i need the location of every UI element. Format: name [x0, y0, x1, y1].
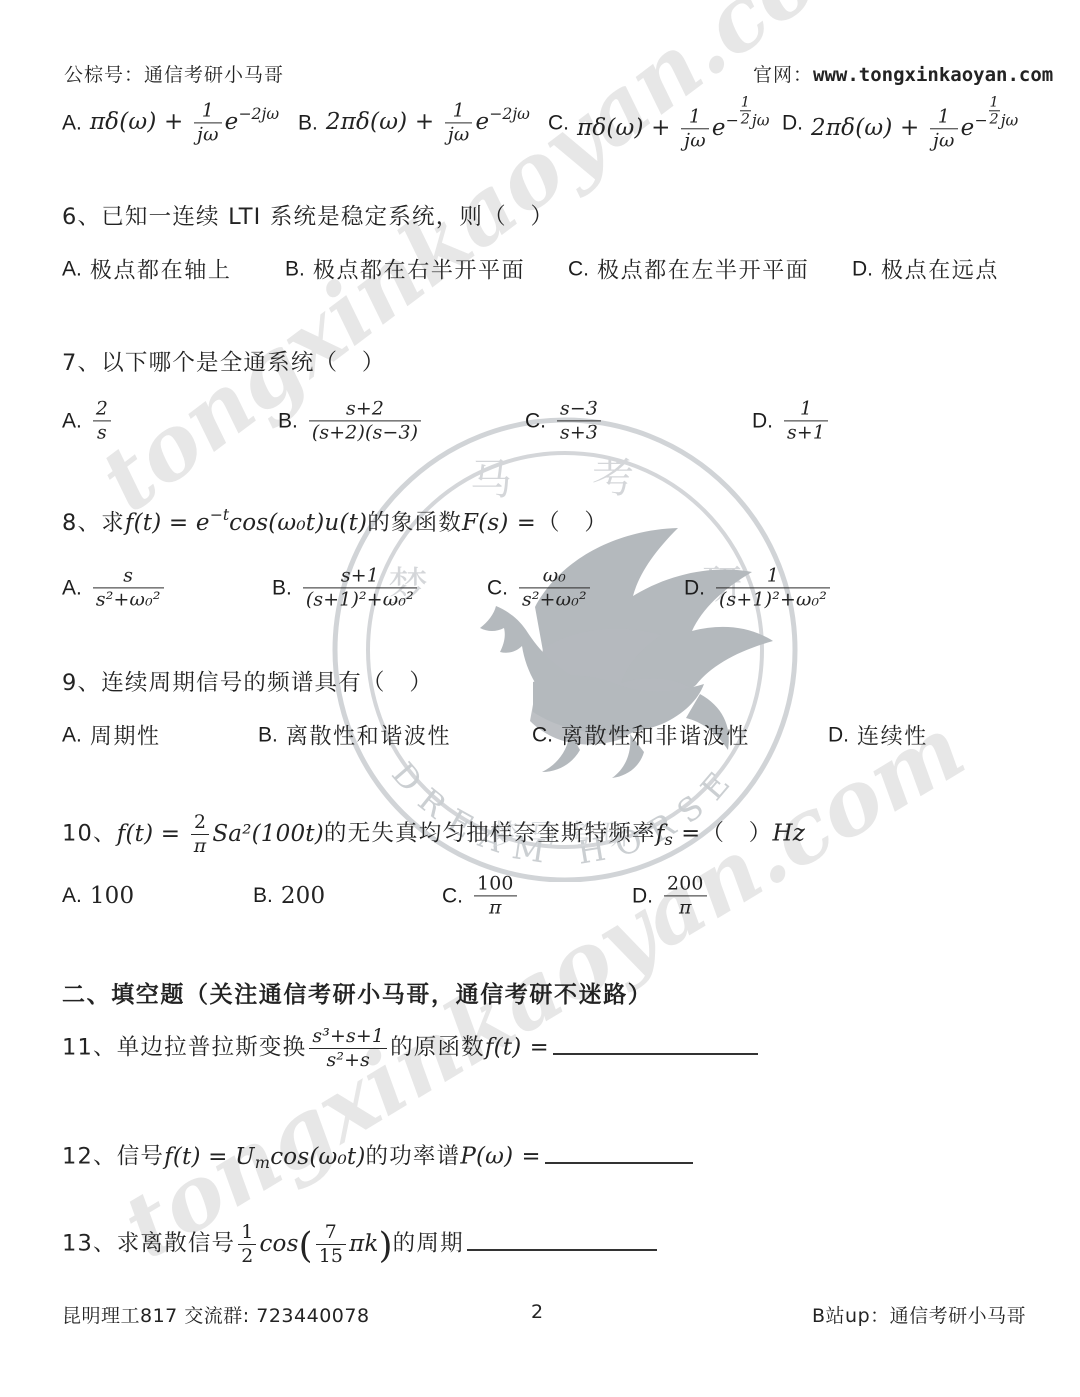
- option-label: B.: [253, 884, 273, 908]
- question-10-options: A.100 B.200 C.100π D.200π: [0, 866, 1080, 926]
- question-9-stem: 9、连续周期信号的频谱具有（ ）: [62, 669, 433, 698]
- q7-option-b: B.s+2(s+2)(s−3): [278, 398, 424, 443]
- option-text: 周期性: [90, 720, 161, 751]
- option-formula: πδ(ω) + 1jωe−12jω: [577, 94, 769, 151]
- question-7-stem: 7、以下哪个是全通系统（ ）: [62, 349, 386, 378]
- option-text: 极点都在左半开平面: [597, 254, 809, 285]
- option-text: 极点都在轴上: [90, 254, 232, 285]
- website-label: 官网：: [753, 64, 813, 86]
- q7-option-d: D.1s+1: [752, 398, 831, 443]
- q6-option-c: C.极点都在左半开平面: [568, 254, 809, 285]
- question-8-stem: 8、求f(t) = e−tcos(ω₀t)u(t)的象函数F(s) =（ ）: [62, 505, 608, 539]
- option-label: A.: [62, 409, 82, 433]
- q9-option-d: D.连续性: [828, 720, 928, 751]
- section-2-title: 二、填空题（关注通信考研小马哥，通信考研不迷路）: [62, 976, 652, 1009]
- option-text: 连续性: [857, 720, 928, 751]
- option-formula: s−3s+3: [554, 398, 604, 443]
- option-label: D.: [828, 723, 849, 747]
- option-text: 离散性和谐波性: [286, 720, 451, 751]
- footer-bilibili-info: B站up：通信考研小马哥: [812, 1301, 1026, 1328]
- q6-option-b: B.极点都在右半开平面: [285, 254, 525, 285]
- option-text: 极点在远点: [881, 254, 999, 285]
- option-formula: s+2(s+2)(s−3): [306, 398, 424, 443]
- option-label: B.: [298, 111, 318, 135]
- q10-option-b: B.200: [253, 883, 325, 909]
- option-formula: s+1(s+1)²+ω₀²: [300, 565, 420, 610]
- option-formula: 1(s+1)²+ω₀²: [713, 565, 833, 610]
- option-label: D.: [852, 257, 873, 281]
- option-label: A.: [62, 257, 82, 281]
- q7-option-a: A.2s: [62, 398, 114, 443]
- option-text: 极点都在右半开平面: [313, 254, 525, 285]
- question-12: 12、信号f(t) = Umcos(ω₀t)的功率谱P(ω) =: [62, 1139, 693, 1173]
- q5-option-d: D.2πδ(ω) + 1jωe−12jω: [782, 94, 1018, 151]
- option-label: B.: [258, 723, 278, 747]
- option-formula: 2s: [90, 398, 114, 443]
- q5-option-c: C.πδ(ω) + 1jωe−12jω: [548, 94, 769, 151]
- q9-option-b: B.离散性和谐波性: [258, 720, 451, 751]
- option-formula: 2πδ(ω) + 1jωe−2jω: [326, 100, 530, 145]
- q5-option-a: A.πδ(ω) + 1jωe−2jω: [62, 100, 279, 145]
- option-label: D.: [752, 409, 773, 433]
- option-label: C.: [568, 257, 589, 281]
- option-formula: 200: [281, 883, 326, 909]
- question-6-stem: 6、已知一连续 LTI 系统是稳定系统，则（ ）: [62, 203, 554, 232]
- question-13: 13、求离散信号12cos(715πk)的周期: [62, 1222, 657, 1269]
- q6-option-d: D.极点在远点: [852, 254, 999, 285]
- option-formula: 1s+1: [781, 398, 831, 443]
- option-label: C.: [487, 576, 508, 600]
- q8-option-a: A.ss²+ω₀²: [62, 565, 167, 610]
- option-formula: 200π: [661, 873, 710, 918]
- option-label: B.: [285, 257, 305, 281]
- q9-option-a: A.周期性: [62, 720, 161, 751]
- option-label: C.: [525, 409, 546, 433]
- option-label: D.: [782, 111, 803, 135]
- option-label: A.: [62, 576, 82, 600]
- option-formula: ω₀s²+ω₀²: [516, 565, 593, 610]
- option-formula: πδ(ω) + 1jωe−2jω: [90, 100, 279, 145]
- page-number: 2: [531, 1301, 544, 1323]
- option-label: A.: [62, 723, 82, 747]
- seal-outer-ring: [335, 420, 795, 880]
- q8-option-d: D.1(s+1)²+ω₀²: [684, 565, 833, 610]
- footer-group-info: 昆明理工817 交流群: 723440078: [62, 1301, 370, 1328]
- option-label: A.: [62, 111, 82, 135]
- q8-option-b: B.s+1(s+1)²+ω₀²: [272, 565, 420, 610]
- option-label: C.: [548, 111, 569, 135]
- q10-option-a: A.100: [62, 883, 134, 909]
- question-11: 11、单边拉普拉斯变换s³+s+1s²+s的原函数f(t) =: [62, 1026, 758, 1071]
- option-formula: 100π: [471, 873, 520, 918]
- question-7-options: A.2s B.s+2(s+2)(s−3) C.s−3s+3 D.1s+1: [0, 390, 1080, 452]
- option-formula: 2πδ(ω) + 1jωe−12jω: [811, 94, 1018, 151]
- option-label: A.: [62, 884, 82, 908]
- website-line: 官网：www.tongxinkaoyan.com: [753, 60, 1053, 87]
- question-9-options: A.周期性 B.离散性和谐波性 C.离散性和非谐波性 D.连续性: [0, 718, 1080, 752]
- option-label: B.: [272, 576, 292, 600]
- q6-option-a: A.极点都在轴上: [62, 254, 231, 285]
- option-text: 离散性和非谐波性: [561, 720, 750, 751]
- q10-option-d: D.200π: [632, 873, 710, 918]
- seal-char-horse: 马: [470, 455, 512, 504]
- exam-page: tongxinkaoyan.com tongxinkaoyan.com DREA…: [0, 0, 1080, 1397]
- website-url: www.tongxinkaoyan.com: [813, 64, 1053, 86]
- option-label: D.: [684, 576, 705, 600]
- question-5-options: A.πδ(ω) + 1jωe−2jω B.2πδ(ω) + 1jωe−2jω C…: [0, 94, 1080, 152]
- official-account-label: 公棕号：通信考研小马哥: [64, 60, 284, 87]
- seal-char-kao: 考: [592, 453, 634, 502]
- option-label: B.: [278, 409, 298, 433]
- q9-option-c: C.离散性和非谐波性: [532, 720, 750, 751]
- option-label: D.: [632, 884, 653, 908]
- option-formula: ss²+ω₀²: [90, 565, 167, 610]
- q10-option-c: C.100π: [442, 873, 520, 918]
- q8-option-c: C.ω₀s²+ω₀²: [487, 565, 593, 610]
- question-10-stem: 10、f(t) = 2πSa²(100t)的无失真均匀抽样奈奎斯特频率fs =（…: [62, 812, 805, 857]
- question-6-options: A.极点都在轴上 B.极点都在右半开平面 C.极点都在左半开平面 D.极点在远点: [0, 252, 1080, 286]
- option-label: C.: [442, 884, 463, 908]
- question-8-options: A.ss²+ω₀² B.s+1(s+1)²+ω₀² C.ω₀s²+ω₀² D.1…: [0, 556, 1080, 620]
- option-formula: 100: [90, 883, 135, 909]
- option-label: C.: [532, 723, 553, 747]
- q7-option-c: C.s−3s+3: [525, 398, 604, 443]
- q5-option-b: B.2πδ(ω) + 1jωe−2jω: [298, 100, 530, 145]
